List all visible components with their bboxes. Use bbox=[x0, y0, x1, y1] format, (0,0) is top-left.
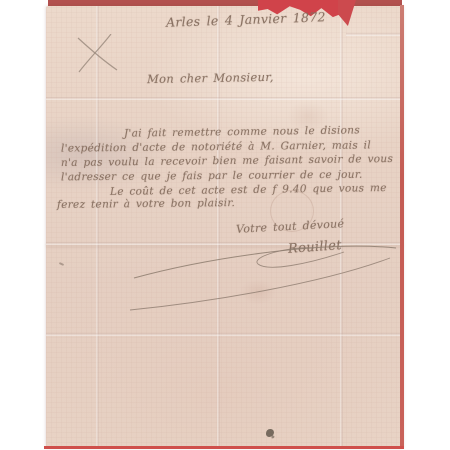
red-backing-right-edge bbox=[400, 5, 404, 448]
letter-photo: Arles le 4 Janvier 1872 Mon cher Monsieu… bbox=[0, 0, 450, 450]
salutation: Mon cher Monsieur, bbox=[147, 70, 274, 86]
corner-crease bbox=[346, 33, 403, 36]
signature-flourish bbox=[118, 236, 403, 320]
horizontal-fold-lower bbox=[46, 333, 403, 336]
body-line-6: ferez tenir à votre bon plaisir. bbox=[57, 197, 235, 211]
pencil-x-mark bbox=[76, 34, 120, 74]
horizontal-fold-upper bbox=[46, 97, 403, 100]
red-backing-bottom-strip bbox=[44, 446, 404, 449]
